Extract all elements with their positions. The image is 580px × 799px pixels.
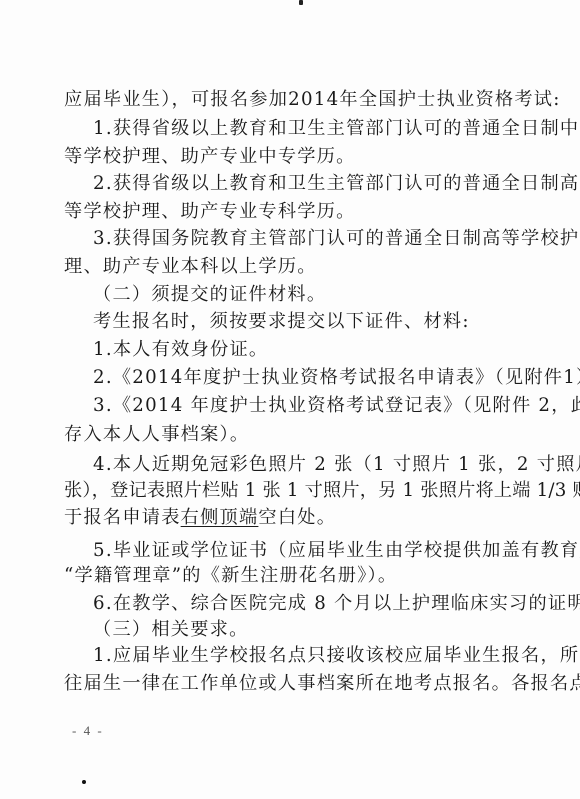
text-segment: 空白处。 — [258, 507, 336, 528]
section-heading-3: （三）相关要求。 — [93, 618, 490, 642]
text-line-material4-c: 于报名申请表右侧顶端空白处。 — [64, 506, 490, 530]
page-number: - 4 - — [72, 723, 104, 739]
text-line-item1-a: 1.获得省级以上教育和卫生主管部门认可的普通全日制中 — [93, 117, 490, 141]
section-heading-2: （二）须提交的证件材料。 — [93, 283, 490, 307]
text-line-item2-a: 2.获得省级以上教育和卫生主管部门认可的普通全日制高 — [93, 172, 490, 196]
text-line-requirement1-b: 往届生一律在工作单位或人事档案所在地考点报名。各报名点在 — [64, 672, 490, 696]
text-line-eligibility-intro: 应届毕业生），可报名参加2014年全国护士执业资格考试: — [64, 88, 490, 112]
text-line-requirement1-a: 1.应届毕业生学校报名点只接收该校应届毕业生报名，所有 — [93, 644, 490, 668]
scan-mark-top — [299, 0, 303, 5]
text-line-material4-a: 4.本人近期免冠彩色照片 2 张（1 寸照片 1 张，2 寸照片 1 — [93, 453, 490, 477]
text-line-material5-b: “学籍管理章”的《新生注册花名册》）。 — [64, 564, 490, 588]
text-line-item2-b: 等学校护理、助产专业专科学历。 — [64, 200, 490, 224]
text-line-material2: 2.《2014年度护士执业资格考试报名申请表》（见附件1）。 — [93, 366, 490, 390]
text-segment: 于报名申请表 — [64, 507, 181, 528]
text-line-material3-b: 存入本人人事档案）。 — [64, 423, 490, 447]
text-line-material6: 6.在教学、综合医院完成 8 个月以上护理临床实习的证明。 — [93, 592, 490, 616]
document-page: 应届毕业生），可报名参加2014年全国护士执业资格考试: 1.获得省级以上教育和… — [0, 0, 580, 799]
text-line-item3-b: 理、助产专业本科以上学历。 — [64, 255, 490, 279]
text-line-material3-a: 3.《2014 年度护士执业资格考试登记表》（见附件 2，此表 — [93, 394, 490, 418]
scan-mark-dot — [82, 780, 86, 784]
text-line-item3-a: 3.获得国务院教育主管部门认可的普通全日制高等学校护 — [93, 227, 490, 251]
text-line-material5-a: 5.毕业证或学位证书（应届毕业生由学校提供加盖有教育厅 — [93, 539, 490, 563]
text-line-material1: 1.本人有效身份证。 — [93, 338, 490, 362]
underlined-text: 右侧顶端 — [181, 507, 259, 528]
text-line-item1-b: 等学校护理、助产专业中专学历。 — [64, 145, 490, 169]
text-line-materials-intro: 考生报名时，须按要求提交以下证件、材料: — [93, 310, 490, 334]
text-line-material4-b: 张），登记表照片栏贴 1 张 1 寸照片，另 1 张照片将上端 1/3 贴 — [64, 479, 490, 503]
